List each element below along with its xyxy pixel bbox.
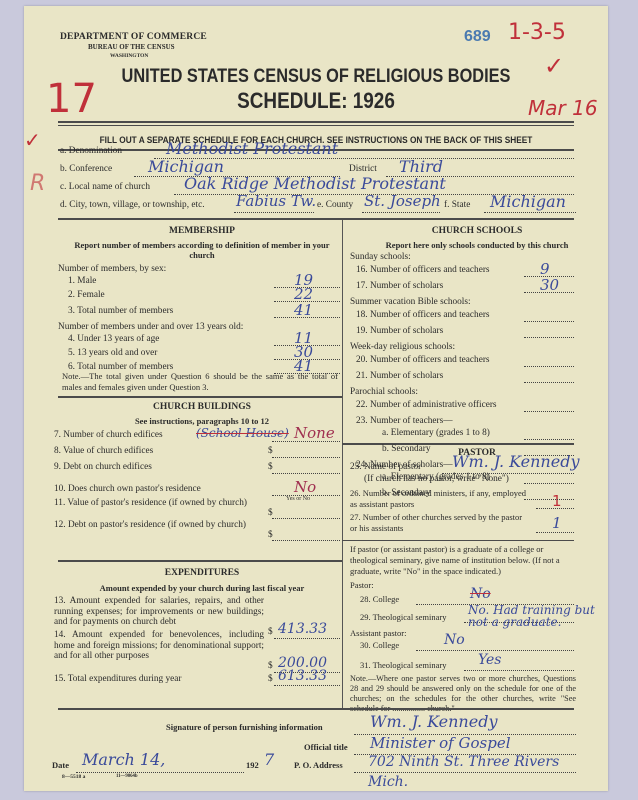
q28-label: 28. College: [360, 594, 399, 604]
dollar-sign: $: [268, 661, 273, 671]
membership-item-label: 6. Total number of members: [68, 362, 173, 372]
school-item-field[interactable]: [524, 337, 574, 338]
assistant-label: Assistant pastor:: [350, 628, 406, 638]
dollar-sign: $: [268, 627, 273, 637]
school-item-field[interactable]: [524, 439, 574, 440]
q31-label: 31. Theological seminary: [360, 660, 446, 670]
divider: [58, 560, 342, 562]
q31-value: Yes: [478, 652, 502, 668]
building-item-field[interactable]: [272, 473, 340, 474]
local-name-label: c. Local name of church: [60, 182, 150, 192]
q27-value: 1: [552, 514, 562, 532]
column-divider: [342, 220, 343, 708]
expenditure-item-field[interactable]: [274, 638, 340, 639]
county-value: St. Joseph: [364, 192, 441, 210]
membership-title: MEMBERSHIP: [62, 226, 342, 236]
check-mark-icon: ✓: [24, 128, 41, 152]
form-title: UNITED STATES CENSUS OF RELIGIOUS BODIES: [65, 66, 567, 88]
building-item-value: No: [294, 478, 316, 496]
membership-item-label: 3. Total number of members: [68, 306, 173, 316]
building-item-field[interactable]: [272, 518, 340, 519]
top-code-annotation: 1-3-5: [508, 20, 566, 45]
school-item-label: 17. Number of scholars: [356, 281, 443, 291]
denomination-value: Methodist Protestant: [166, 139, 338, 158]
school-item-field[interactable]: [524, 321, 574, 322]
school-item-field[interactable]: [524, 382, 574, 383]
divider: [58, 396, 342, 398]
school-item-label: 20. Number of officers and teachers: [356, 355, 490, 365]
city-label: d. City, town, village, or township, etc…: [60, 200, 205, 210]
official-title-label: Official title: [304, 742, 348, 752]
q30-field[interactable]: [416, 650, 574, 651]
year-prefix: 192: [246, 760, 259, 770]
form-code-1: 8—5518 a: [62, 774, 85, 780]
school-item-label: 24. Number of scholars—: [356, 460, 453, 470]
school-item-label: b. Secondary: [382, 488, 431, 498]
building-item-label: 9. Debt on church edifices: [54, 462, 152, 472]
school-item-label: 23. Number of teachers—: [356, 416, 453, 426]
building-item-value: None: [294, 424, 335, 442]
state-field[interactable]: [484, 212, 576, 213]
expenditure-item-label: 15. Total expenditures during year: [54, 674, 182, 684]
building-item-label: 7. Number of church edifices: [54, 430, 163, 440]
school-item-field[interactable]: [524, 499, 574, 500]
by-age-label: Number of members under and over 13 year…: [58, 322, 243, 332]
expenditure-item-label: 14. Amount expended for benevolences, in…: [54, 630, 264, 662]
building-item-field[interactable]: [272, 457, 340, 458]
yes-no-hint: Yes or No: [286, 496, 310, 502]
building-item-label: 8. Value of church edifices: [54, 446, 153, 456]
date-value: March 14,: [82, 750, 165, 769]
dollar-sign: $: [268, 508, 273, 518]
q31-field[interactable]: [464, 670, 574, 671]
school-item-value: 30: [540, 276, 559, 294]
q27-label: 27. Number of other churches served by t…: [350, 512, 530, 534]
school-item-label: 19. Number of scholars: [356, 326, 443, 336]
q26-value: 1: [552, 492, 562, 510]
bureau-city: WASHINGTON: [110, 53, 148, 59]
school-item-label: 18. Number of officers and teachers: [356, 310, 490, 320]
school-item-field[interactable]: [524, 411, 574, 412]
pastor-label: Pastor:: [350, 580, 374, 590]
expenditure-item-field[interactable]: [274, 685, 340, 686]
q27-field[interactable]: [536, 532, 574, 533]
divider: [58, 125, 574, 126]
school-item-label: 16. Number of officers and teachers: [356, 265, 490, 275]
school-item-label: a. Elementary (grades 1 to 8): [382, 472, 490, 482]
local-name-value: Oak Ridge Methodist Protestant: [184, 174, 446, 193]
expenditure-item-value: 613.33: [278, 668, 327, 684]
membership-item-label: 5. 13 years old and over: [68, 348, 157, 358]
district-label: District: [349, 164, 377, 174]
expenditures-intro: Amount expended by your church during la…: [62, 583, 342, 593]
dollar-sign: $: [268, 530, 273, 540]
divider: [58, 708, 574, 710]
school-group-label: Parochial schools:: [350, 387, 418, 397]
dollar-sign: $: [268, 674, 273, 684]
divider: [342, 443, 574, 445]
building-item-label: 12. Debt on pastor's residence (if owned…: [54, 520, 254, 530]
form-subtitle: SCHEDULE: 1926: [65, 88, 567, 114]
school-item-field[interactable]: [524, 483, 574, 484]
by-sex-label: Number of members, by sex:: [58, 264, 166, 274]
state-label: f. State: [444, 200, 470, 210]
school-item-field[interactable]: [524, 366, 574, 367]
expenditures-title: EXPENDITURES: [62, 568, 342, 578]
expenditure-item-value: 413.33: [278, 621, 327, 637]
dollar-sign: $: [268, 446, 273, 456]
membership-item-label: 1. Male: [68, 276, 96, 286]
church-schools-title: CHURCH SCHOOLS: [346, 226, 608, 236]
divider: [58, 121, 574, 123]
q30-value: No: [444, 632, 465, 648]
membership-item-label: 4. Under 13 years of age: [68, 334, 159, 344]
q30-label: 30. College: [360, 640, 399, 650]
city-value: Fabius Tw.: [236, 192, 316, 210]
year-suffix: 7: [264, 750, 274, 769]
dollar-sign: $: [268, 462, 273, 472]
membership-item-label: 2. Female: [68, 290, 105, 300]
school-item-label: 21. Number of scholars: [356, 371, 443, 381]
department-name: DEPARTMENT OF COMMERCE: [60, 32, 207, 42]
signature-value: Wm. J. Kennedy: [370, 712, 497, 731]
school-item-label: a. Elementary (grades 1 to 8): [382, 428, 490, 438]
conference-row: b. Conference: [60, 164, 112, 174]
po-address-label: P. O. Address: [294, 760, 343, 770]
membership-intro: Report number of members according to de…: [62, 240, 342, 260]
denomination-label: a. Denomination: [60, 146, 122, 156]
census-schedule-page: DEPARTMENT OF COMMERCE BUREAU OF THE CEN…: [24, 6, 608, 791]
bureau-name: BUREAU OF THE CENSUS: [88, 43, 175, 51]
church-buildings-title: CHURCH BUILDINGS: [62, 402, 342, 412]
date-field[interactable]: [76, 772, 244, 773]
divider: [342, 540, 574, 541]
building-item-field[interactable]: [272, 540, 340, 541]
form-number: 689: [464, 28, 491, 46]
po-address-value: 702 Ninth St. Three Rivers Mich.: [368, 752, 588, 792]
form-code-2: 11—9064b: [116, 774, 138, 779]
school-group-label: Sunday schools:: [350, 252, 411, 262]
conference-label: b. Conference: [60, 164, 112, 174]
school-item-field[interactable]: [524, 455, 574, 456]
graduate-intro: If pastor (or assistant pastor) is a gra…: [350, 544, 576, 577]
q28-value: No: [470, 586, 491, 602]
state-value: Michigan: [490, 192, 566, 211]
struck-value: (School House): [196, 426, 289, 440]
q26-label: 26. Number of ordained ministers, if any…: [350, 488, 530, 510]
school-item-label: b. Secondary: [382, 444, 431, 454]
school-item-label: 22. Number of administrative officers: [356, 400, 497, 410]
margin-letter-annotation: R: [30, 171, 45, 196]
signature-label: Signature of person furnishing informati…: [166, 722, 323, 732]
county-label: e. County: [317, 200, 353, 210]
q29-value: No. Had training but not a graduate.: [468, 604, 608, 628]
membership-item-value: 41: [294, 357, 313, 375]
official-title-value: Minister of Gospel: [370, 734, 511, 752]
building-item-label: 10. Does church own pastor's residence: [54, 484, 201, 494]
city-field[interactable]: [234, 212, 314, 213]
date-label: Date: [52, 760, 69, 770]
q29-label: 29. Theological seminary: [360, 612, 446, 622]
county-field[interactable]: [362, 212, 440, 213]
membership-item-value: 41: [294, 301, 313, 319]
school-group-label: Summer vacation Bible schools:: [350, 297, 471, 307]
building-item-label: 11. Value of pastor's residence (if owne…: [54, 498, 254, 508]
denomination-row: a. Denomination: [60, 146, 122, 156]
divider: [58, 218, 574, 220]
church-schools-intro: Report here only schools conducted by th…: [346, 240, 608, 250]
expenditure-item-label: 13. Amount expended for salaries, repair…: [54, 596, 264, 628]
school-group-label: Week-day religious schools:: [350, 342, 455, 352]
